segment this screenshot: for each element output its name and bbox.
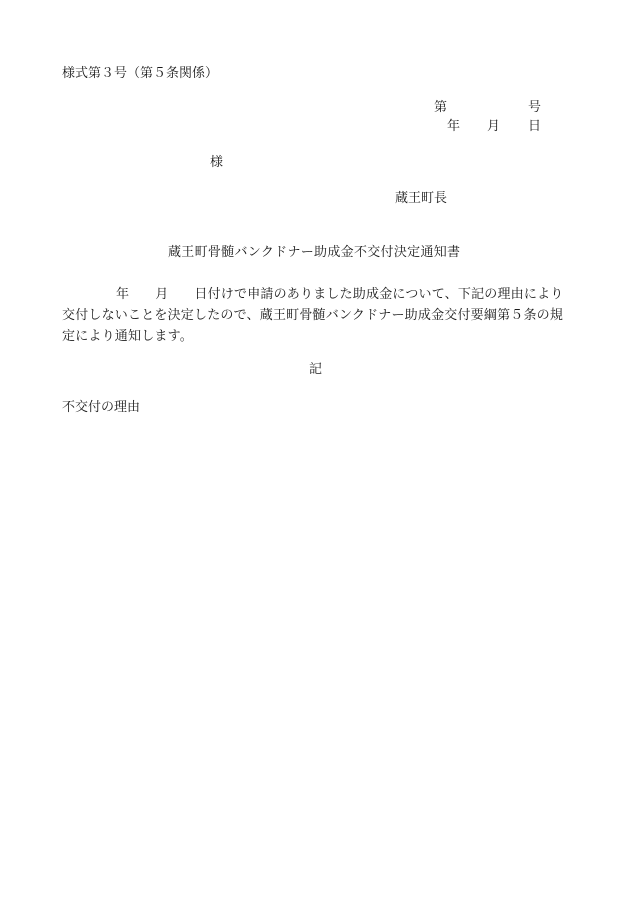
body-line1-text: 日付けで申請のありました助成金について、下記の理由により xyxy=(194,287,563,302)
form-label: 様式第３号（第５条関係） xyxy=(62,66,218,82)
reason-label: 不交付の理由 xyxy=(62,400,140,416)
date-year: 年 xyxy=(447,119,460,135)
body-line-1: 年月日付けで申請のありました助成金について、下記の理由により xyxy=(62,284,582,305)
date-day: 日 xyxy=(528,119,541,135)
body-line-3: 定により通知します。 xyxy=(62,326,582,347)
addressee-suffix: 様 xyxy=(210,155,223,171)
body-paragraph: 年月日付けで申請のありました助成金について、下記の理由により 交付しないことを決… xyxy=(62,284,582,347)
number-prefix: 第 xyxy=(434,100,447,116)
body-month: 月 xyxy=(155,287,168,302)
ki-marker: 記 xyxy=(309,362,322,378)
body-line-2: 交付しないことを決定したので、蔵王町骨髄バンクドナー助成金交付要綱第５条の規 xyxy=(62,305,582,326)
issuer: 蔵王町長 xyxy=(395,191,447,207)
number-suffix: 号 xyxy=(528,100,541,116)
document-title: 蔵王町骨髄バンクドナー助成金不交付決定通知書 xyxy=(168,245,460,261)
body-year: 年 xyxy=(116,287,129,302)
date-month: 月 xyxy=(487,119,500,135)
